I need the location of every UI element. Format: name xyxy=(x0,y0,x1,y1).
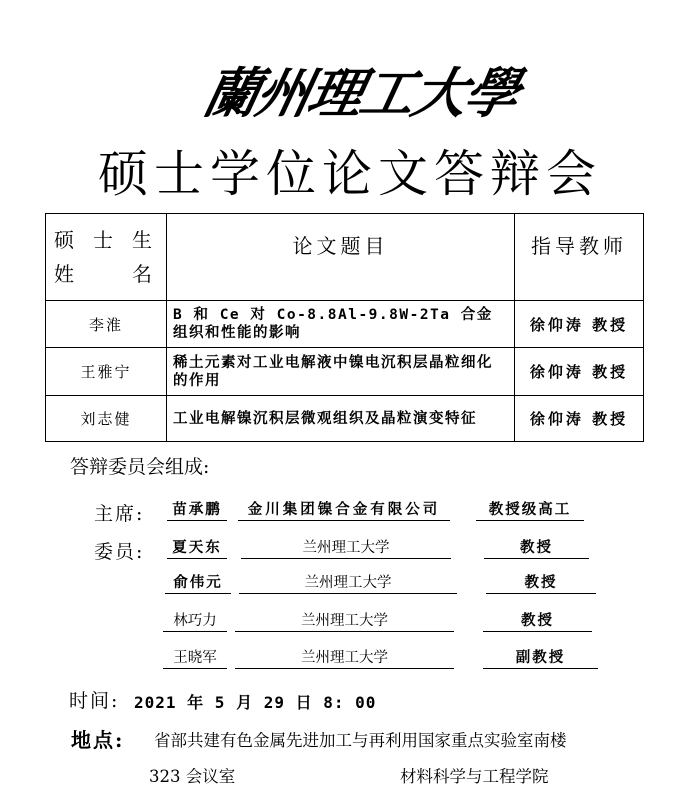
members-label: 委员: xyxy=(94,537,144,564)
table-row: 刘志健 工业电解镍沉积层微观组织及晶粒演变特征 徐仰涛 教授 xyxy=(46,396,644,442)
header-thesis-title: 论文题目 xyxy=(167,214,515,301)
member-organization: 兰州理工大学 xyxy=(239,573,457,594)
student-name: 王雅宁 xyxy=(46,348,167,396)
member-title: 副教授 xyxy=(483,648,598,669)
table-row: 王雅宁 稀土元素对工业电解液中镍电沉积层晶粒细化的作用 徐仰涛 教授 xyxy=(46,348,644,396)
chair-organization: 金川集团镍合金有限公司 xyxy=(238,500,450,521)
member-name: 夏天东 xyxy=(167,538,227,559)
member-name: 王晓军 xyxy=(163,648,227,669)
place-label: 地点: xyxy=(71,724,124,753)
page-title: 硕士学位论文答辩会 xyxy=(98,142,602,206)
committee-heading: 答辩委员会组成: xyxy=(70,452,209,479)
chair-title: 教授级高工 xyxy=(476,500,584,521)
place-line1: 省部共建有色金属先进加工与再利用国家重点实验室南楼 xyxy=(154,727,567,751)
organizer: 材料科学与工程学院 xyxy=(400,763,549,787)
university-logo: 蘭州理工大學 xyxy=(198,58,483,128)
table-row: 李淮 B 和 Ce 对 Co-8.8Al-9.8W-2Ta 合金组织和性能的影响… xyxy=(46,301,644,348)
student-name: 李淮 xyxy=(46,301,167,348)
member-title: 教授 xyxy=(484,538,589,559)
thesis-title: 稀土元素对工业电解液中镍电沉积层晶粒细化的作用 xyxy=(167,348,515,396)
table-header-row: 硕 士 生 姓 名 论文题目 指导教师 xyxy=(46,214,644,301)
time-value: 2021 年 5 月 29 日 8: 00 xyxy=(134,690,376,713)
member-name: 林巧力 xyxy=(163,611,227,632)
thesis-title: 工业电解镍沉积层微观组织及晶粒演变特征 xyxy=(167,396,515,442)
time-label: 时间: xyxy=(69,686,119,713)
place-room: 323 会议室 xyxy=(149,763,235,787)
member-organization: 兰州理工大学 xyxy=(235,648,454,669)
chair-label: 主席: xyxy=(94,499,144,526)
student-name: 刘志健 xyxy=(46,396,167,442)
advisor-name: 徐仰涛 教授 xyxy=(515,301,644,348)
header-student-name: 硕 士 生 姓 名 xyxy=(46,214,167,301)
chair-name: 苗承鹏 xyxy=(167,500,227,521)
member-organization: 兰州理工大学 xyxy=(235,611,454,632)
header-advisor: 指导教师 xyxy=(515,214,644,301)
member-organization: 兰州理工大学 xyxy=(241,538,451,559)
advisor-name: 徐仰涛 教授 xyxy=(515,396,644,442)
advisor-name: 徐仰涛 教授 xyxy=(515,348,644,396)
member-title: 教授 xyxy=(483,611,592,632)
thesis-table: 硕 士 生 姓 名 论文题目 指导教师 李淮 B 和 Ce 对 Co-8.8Al… xyxy=(45,213,644,442)
thesis-title: B 和 Ce 对 Co-8.8Al-9.8W-2Ta 合金组织和性能的影响 xyxy=(167,301,515,348)
member-title: 教授 xyxy=(486,573,596,594)
member-name: 俞伟元 xyxy=(165,573,231,594)
